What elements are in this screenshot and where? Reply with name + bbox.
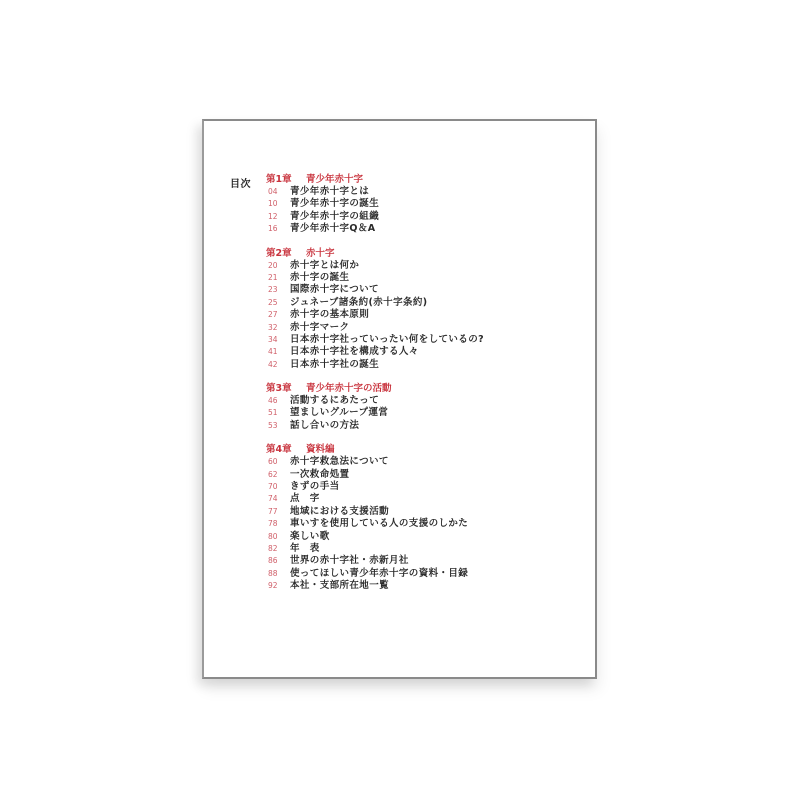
toc-entry: 32赤十字マーク [266,322,484,334]
page-number: 51 [268,407,290,419]
entry-title: ジュネーブ諸条約(赤十字条約) [290,297,428,308]
toc-entry: 74点 字 [266,493,484,505]
page-number: 12 [268,211,290,223]
page-number: 41 [268,346,290,358]
page-number: 42 [268,359,290,371]
entry-title: きずの手当 [290,481,340,492]
toc-entry: 04青少年赤十字とは [266,186,484,198]
entry-title: 楽しい歌 [290,531,330,542]
entry-title: 話し合いの方法 [290,420,359,431]
page-number: 78 [268,518,290,530]
page-number: 16 [268,223,290,235]
toc-entry: 70きずの手当 [266,481,484,493]
page-number: 10 [268,198,290,210]
toc-entry: 23国際赤十字について [266,284,484,296]
toc-entry: 20赤十字とは何か [266,260,484,272]
chapter-heading: 第3章青少年赤十字の活動 [266,382,484,395]
page-number: 80 [268,531,290,543]
chapter-number: 第1章 [266,173,306,186]
toc-entry: 53話し合いの方法 [266,420,484,432]
entry-title: 青少年赤十字の誕生 [290,198,379,209]
entry-title: 赤十字の誕生 [290,272,349,283]
page-number: 70 [268,481,290,493]
toc-entry: 12青少年赤十字の組織 [266,211,484,223]
toc-entry: 46活動するにあたって [266,395,484,407]
toc-chapters: 第1章青少年赤十字 04青少年赤十字とは 10青少年赤十字の誕生 12青少年赤十… [266,173,484,604]
chapter-4: 第4章資料編 60赤十字救急法について 62一次救命処置 70きずの手当 74点… [266,443,484,592]
entry-title: 日本赤十字社を構成する人々 [290,346,419,357]
page-number: 60 [268,456,290,468]
entry-title: 使ってほしい青少年赤十字の資料・目録 [290,568,468,579]
chapter-title: 資料編 [306,444,335,455]
entry-title: 本社・支部所在地一覧 [290,580,389,591]
page-number: 23 [268,284,290,296]
chapter-title: 青少年赤十字の活動 [306,383,392,394]
toc-heading: 目次 [230,175,251,190]
entry-title: 青少年赤十字Q＆A [290,223,376,234]
page-number: 62 [268,469,290,481]
toc-entry: 27赤十字の基本原則 [266,309,484,321]
toc-entry: 34日本赤十字社っていったい何をしているの? [266,334,484,346]
toc-entry: 82年 表 [266,543,484,555]
page-number: 20 [268,260,290,272]
page-number: 74 [268,493,290,505]
entry-title: 日本赤十字社っていったい何をしているの? [290,334,484,345]
page-number: 82 [268,543,290,555]
page-number: 53 [268,420,290,432]
chapter-number: 第2章 [266,247,306,260]
document-page: 目次 第1章青少年赤十字 04青少年赤十字とは 10青少年赤十字の誕生 12青少… [202,119,597,679]
page-number: 77 [268,506,290,518]
page-number: 88 [268,568,290,580]
chapter-number: 第4章 [266,443,306,456]
page-number: 32 [268,322,290,334]
entry-title: 地域における支援活動 [290,506,389,517]
page-number: 92 [268,580,290,592]
page-number: 46 [268,395,290,407]
chapter-title: 青少年赤十字 [306,174,363,185]
toc-entry: 41日本赤十字社を構成する人々 [266,346,484,358]
toc-entry: 10青少年赤十字の誕生 [266,198,484,210]
entry-title: 活動するにあたって [290,395,379,406]
toc-entry: 92本社・支部所在地一覧 [266,580,484,592]
page-number: 86 [268,555,290,567]
toc-entry: 88使ってほしい青少年赤十字の資料・目録 [266,568,484,580]
chapter-2: 第2章赤十字 20赤十字とは何か 21赤十字の誕生 23国際赤十字について 25… [266,247,484,372]
toc-entry: 80楽しい歌 [266,531,484,543]
page-number: 04 [268,186,290,198]
toc-entry: 16青少年赤十字Q＆A [266,223,484,235]
entry-title: 赤十字マーク [290,322,349,333]
entry-title: 一次救命処置 [290,469,349,480]
entry-title: 青少年赤十字の組織 [290,211,379,222]
chapter-heading: 第4章資料編 [266,443,484,456]
entry-title: 世界の赤十字社・赤新月社 [290,555,409,566]
page-number: 25 [268,297,290,309]
entry-title: 赤十字とは何か [290,260,359,271]
toc-entry: 78車いすを使用している人の支援のしかた [266,518,484,530]
chapter-heading: 第1章青少年赤十字 [266,173,484,186]
toc-entry: 42日本赤十字社の誕生 [266,359,484,371]
toc-entry: 86世界の赤十字社・赤新月社 [266,555,484,567]
page-number: 21 [268,272,290,284]
entry-title: 青少年赤十字とは [290,186,369,197]
entry-title: 日本赤十字社の誕生 [290,359,379,370]
chapter-1: 第1章青少年赤十字 04青少年赤十字とは 10青少年赤十字の誕生 12青少年赤十… [266,173,484,236]
entry-title: 年 表 [290,543,320,554]
toc-entry: 77地域における支援活動 [266,506,484,518]
entry-title: 赤十字救急法について [290,456,389,467]
page-number: 27 [268,309,290,321]
toc-entry: 62一次救命処置 [266,469,484,481]
toc-entry: 21赤十字の誕生 [266,272,484,284]
page-number: 34 [268,334,290,346]
chapter-3: 第3章青少年赤十字の活動 46活動するにあたって 51望ましいグループ運営 53… [266,382,484,432]
chapter-title: 赤十字 [306,248,335,259]
entry-title: 車いすを使用している人の支援のしかた [290,518,468,529]
toc-entry: 60赤十字救急法について [266,456,484,468]
entry-title: 赤十字の基本原則 [290,309,369,320]
chapter-number: 第3章 [266,382,306,395]
chapter-heading: 第2章赤十字 [266,247,484,260]
entry-title: 国際赤十字について [290,284,379,295]
toc-entry: 51望ましいグループ運営 [266,407,484,419]
entry-title: 点 字 [290,493,320,504]
entry-title: 望ましいグループ運営 [290,407,388,418]
toc-entry: 25ジュネーブ諸条約(赤十字条約) [266,297,484,309]
